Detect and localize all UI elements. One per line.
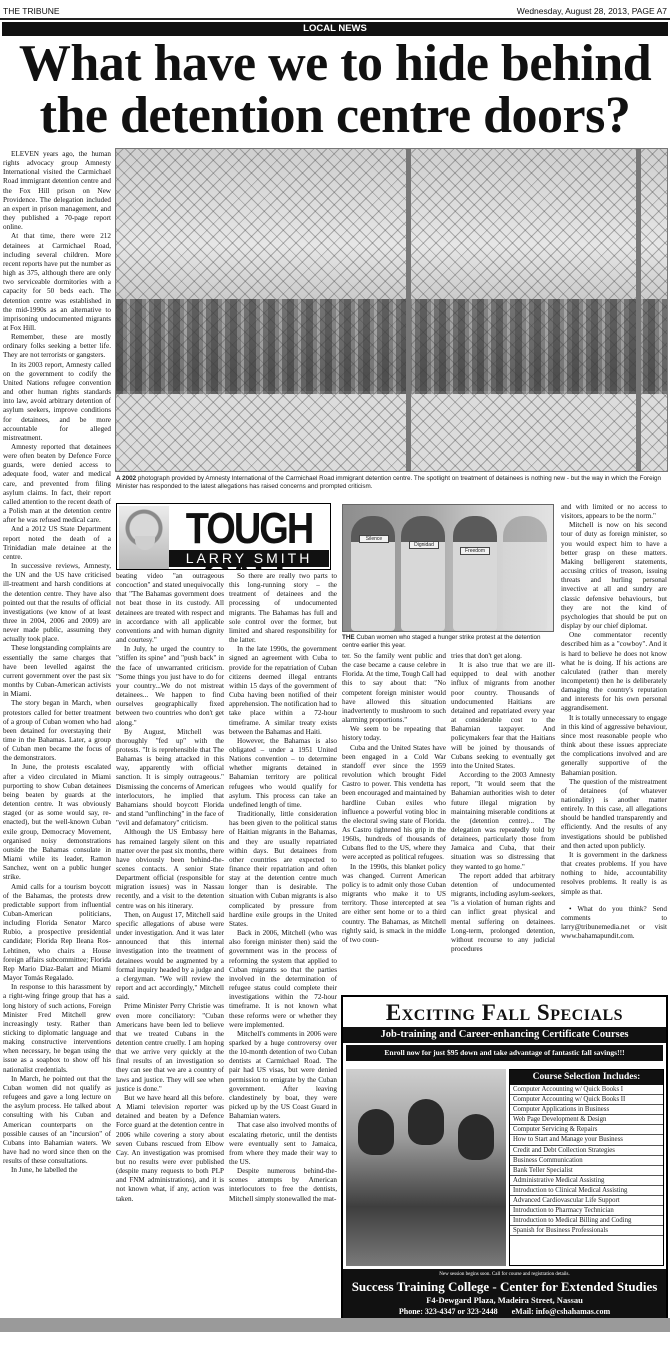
ad-enroll-banner: Enroll now for just $95 down and take ad… xyxy=(346,1045,663,1061)
author-contact-signoff: • What do you think? Send comments to la… xyxy=(561,905,667,942)
tough-call-logo: TOUGH CALL LARRY SMITH xyxy=(116,503,331,570)
college-address: F4-Dewgard Plaza, Madeira Street, Nassau xyxy=(343,1295,666,1306)
article-paragraph: Although the US Embassy here has remaine… xyxy=(116,828,224,910)
article-paragraph: In June, the protests escalated after a … xyxy=(3,763,111,882)
article-paragraph: And a 2012 US State Department report no… xyxy=(3,525,111,562)
article-paragraph: In March, he pointed out that the Cuban … xyxy=(3,1075,111,1167)
page-footer-strip xyxy=(0,1318,670,1332)
course-item: Administrative Medical Assisting xyxy=(510,1176,663,1186)
ad-students-photo xyxy=(346,1069,506,1266)
article-paragraph: We seem to be repeating that history tod… xyxy=(342,725,446,743)
article-paragraph: At that time, there were 212 detainees a… xyxy=(3,232,111,333)
course-item: Computer Applications in Business xyxy=(510,1105,663,1115)
article-paragraph: It is also true that we are ill-equipped… xyxy=(451,661,555,771)
article-paragraph: It is government in the darkness that cr… xyxy=(561,851,667,897)
course-item: Computer Accounting w/ Quick Books II xyxy=(510,1095,663,1105)
section-label: LOCAL NEWS xyxy=(2,22,668,36)
detention-centre-photo xyxy=(115,148,668,472)
course-item: Computer Accounting w/ Quick Books I xyxy=(510,1085,663,1095)
newspaper-name: THE TRIBUNE xyxy=(3,6,60,16)
article-column-5: tries that don't get along.It is also tr… xyxy=(451,652,555,992)
article-paragraph: and with limited or no access to visitor… xyxy=(561,503,667,521)
article-paragraph: In the 1990s, this blanket policy was ch… xyxy=(342,863,446,945)
protest-sign: Dignidad xyxy=(409,541,439,549)
author-byline: LARRY SMITH xyxy=(169,550,329,567)
college-email: eMail: info@cshahamas.com xyxy=(512,1307,611,1316)
article-paragraph: Back in 2006, Mitchell (who was also for… xyxy=(229,929,337,1030)
article-paragraph: That case also involved months of escala… xyxy=(229,1121,337,1167)
success-training-college-ad: Exciting Fall Specials Job-training and … xyxy=(341,995,668,1325)
women-photo-caption: THE Cuban women who staged a hunger stri… xyxy=(342,634,554,650)
ad-footer: New session begins soon. Call for course… xyxy=(343,1269,666,1325)
article-paragraph: Remember, these are mostly ordinary folk… xyxy=(3,333,111,360)
article-paragraph: The question of the mistreatment of deta… xyxy=(561,778,667,851)
article-paragraph: ELEVEN years ago, the human rights advoc… xyxy=(3,150,111,232)
course-item: Web Page Development & Design xyxy=(510,1115,663,1125)
article-paragraph: These longstanding complaints are essent… xyxy=(3,644,111,699)
course-item: Computer Servicing & Repairs xyxy=(510,1125,663,1135)
article-paragraph: Then, on August 17, Mitchell said specif… xyxy=(116,911,224,1003)
article-paragraph: In its 2003 report, Amnesty called on th… xyxy=(3,361,111,443)
course-item: Introduction to Clinical Medical Assisti… xyxy=(510,1186,663,1196)
article-paragraph: ter. So the family went public and the c… xyxy=(342,652,446,725)
protest-sign: Freedom xyxy=(460,547,490,555)
article-paragraph: By August, Mitchell was thoroughly "fed … xyxy=(116,728,224,829)
article-paragraph: According to the 2003 Amnesty report, "I… xyxy=(451,771,555,872)
article-column-2: beating video "an outrageous concoction"… xyxy=(116,572,224,1317)
article-column-6: and with limited or no access to visitor… xyxy=(561,503,667,993)
article-paragraph: The report added that arbitrary detentio… xyxy=(451,872,555,954)
date-page: Wednesday, August 28, 2013, PAGE A7 xyxy=(517,6,667,16)
article-paragraph: Amid calls for a tourism boycott of the … xyxy=(3,883,111,984)
college-phone: Phone: 323-4347 or 323-2448 xyxy=(399,1307,498,1316)
article-paragraph: One commentator recently described him a… xyxy=(561,631,667,713)
course-item: How to Start and Manage your Business xyxy=(510,1135,663,1145)
article-column-3: So there are really two parts to this lo… xyxy=(229,572,337,1317)
article-paragraph: Traditionally, little consideration has … xyxy=(229,810,337,929)
article-paragraph: Amnesty reported that detainees were oft… xyxy=(3,443,111,525)
course-list: Course Selection Includes: Computer Acco… xyxy=(509,1069,664,1266)
article-paragraph: The story began in March, when protestor… xyxy=(3,699,111,763)
article-paragraph: But we have heard all this before. A Mia… xyxy=(116,1094,224,1204)
ad-subtitle: Job-training and Career-enhancing Certif… xyxy=(343,1027,666,1043)
article-paragraph: Mitchell is now on his second tour of du… xyxy=(561,521,667,631)
article-paragraph: So there are really two parts to this lo… xyxy=(229,572,337,645)
course-list-header: Course Selection Includes: xyxy=(510,1070,663,1085)
main-photo-caption: A 2002 photograph provided by Amnesty In… xyxy=(116,475,668,491)
article-paragraph: Cuba and the United States have been eng… xyxy=(342,744,446,863)
course-item: Introduction to Medical Billing and Codi… xyxy=(510,1216,663,1226)
article-paragraph: In the late 1990s, the government signed… xyxy=(229,645,337,737)
masthead: THE TRIBUNE Wednesday, August 28, 2013, … xyxy=(0,0,670,20)
course-item: Bank Teller Specialist xyxy=(510,1166,663,1176)
course-item: Introduction to Pharmacy Technician xyxy=(510,1206,663,1216)
article-paragraph: However, the Bahamas is also obligated –… xyxy=(229,737,337,810)
article-column-4: ter. So the family went public and the c… xyxy=(342,652,446,992)
course-item: Credit and Debt Collection Strategies xyxy=(510,1146,663,1156)
article-paragraph: tries that don't get along. xyxy=(451,652,555,661)
article-paragraph: It is totally unnecessary to engage in t… xyxy=(561,714,667,778)
article-paragraph: In response to this harassment by a righ… xyxy=(3,983,111,1075)
author-portrait xyxy=(119,506,169,569)
ad-title: Exciting Fall Specials xyxy=(343,1000,666,1026)
article-column-1: ELEVEN years ago, the human rights advoc… xyxy=(3,150,111,1315)
college-name: Success Training College - Center for Ex… xyxy=(343,1279,666,1295)
article-paragraph: Despite numerous behind-the-scenes attem… xyxy=(229,1167,337,1204)
hunger-strike-photo: Silence Dignidad Freedom xyxy=(342,504,554,632)
ad-note: New session begins soon. Call for course… xyxy=(343,1269,666,1279)
college-contact: Phone: 323-4347 or 323-2448eMail: info@c… xyxy=(343,1306,666,1317)
course-item: Advanced Cardiovascular Life Support xyxy=(510,1196,663,1206)
article-paragraph: Prime Minister Perry Christie was even m… xyxy=(116,1002,224,1094)
article-paragraph: In July, he urged the country to "stiffe… xyxy=(116,645,224,727)
course-item: Spanish for Business Professionals xyxy=(510,1226,663,1236)
course-item: Business Communication xyxy=(510,1156,663,1166)
article-paragraph: beating video "an outrageous concoction"… xyxy=(116,572,224,645)
headline-line-2: the detention centre doors? xyxy=(0,90,670,142)
article-paragraph: In June, he labelled the xyxy=(3,1166,111,1175)
article-paragraph: In successive reviews, Amnesty, the UN a… xyxy=(3,562,111,644)
headline-line-1: What have we to hide behind xyxy=(0,38,670,90)
article-paragraph: Mitchell's comments in 2006 were sparked… xyxy=(229,1030,337,1122)
protest-sign: Silence xyxy=(359,535,389,543)
headline: What have we to hide behind the detentio… xyxy=(0,38,670,142)
